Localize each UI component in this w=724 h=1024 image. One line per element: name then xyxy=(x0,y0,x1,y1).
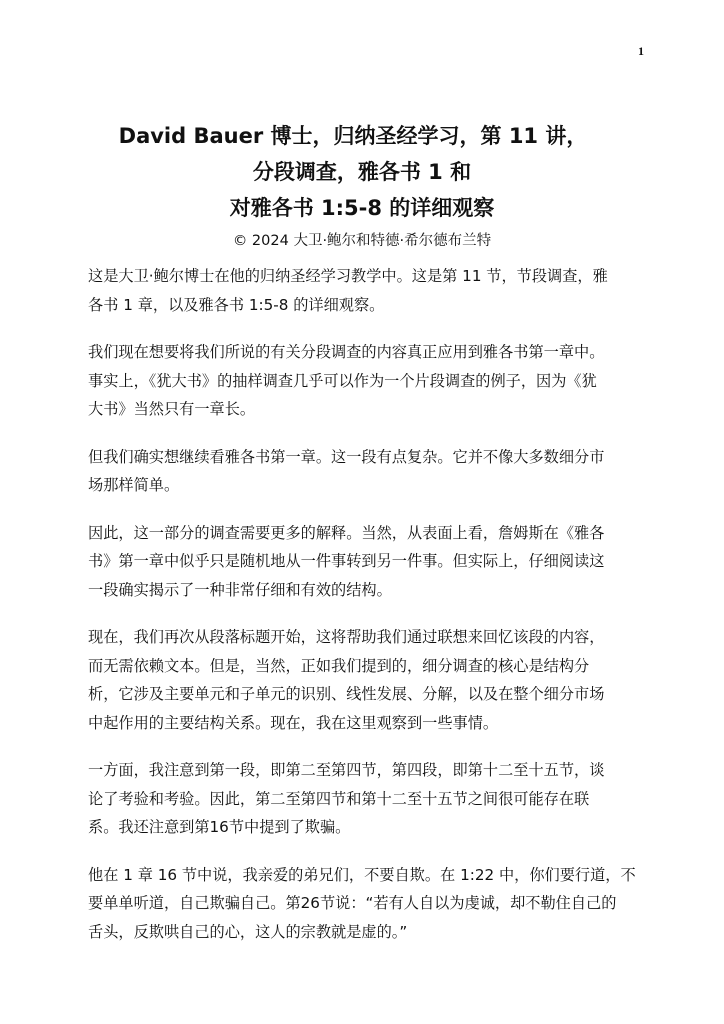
paragraph-3: 但我们确实想继续看雅各书第一章。这一段有点复杂。它并不像大多数细分市 场那样简单… xyxy=(88,443,648,500)
text-line: 舌头，反欺哄自己的心，这人的宗教就是虚的。” xyxy=(88,918,648,947)
text-line: 我们现在想要将我们所说的有关分段调查的内容真正应用到雅各书第一章中。 xyxy=(88,338,648,367)
title-line-1: David Bauer 博士，归纳圣经学习，第 11 讲， xyxy=(0,118,724,154)
text-line: 析，它涉及主要单元和子单元的识别、线性发展、分解，以及在整个细分市场 xyxy=(88,680,648,709)
page-number: 1 xyxy=(638,44,644,59)
text-line: 论了考验和考验。因此，第二至第四节和第十二至十五节之间很可能存在联 xyxy=(88,785,648,814)
paragraph-7: 他在 1 章 16 节中说，我亲爱的弟兄们，不要自欺。在 1:22 中，你们要行… xyxy=(88,861,648,947)
paragraph-2: 我们现在想要将我们所说的有关分段调查的内容真正应用到雅各书第一章中。 事实上，《… xyxy=(88,338,648,424)
text-line: 书》第一章中似乎只是随机地从一件事转到另一件事。但实际上，仔细阅读这 xyxy=(88,547,648,576)
text-line: 系。我还注意到第16节中提到了欺骗。 xyxy=(88,813,648,842)
text-line: 他在 1 章 16 节中说，我亲爱的弟兄们，不要自欺。在 1:22 中，你们要行… xyxy=(88,861,648,890)
text-line: 但我们确实想继续看雅各书第一章。这一段有点复杂。它并不像大多数细分市 xyxy=(88,443,648,472)
title-line-3: 对雅各书 1:5-8 的详细观察 xyxy=(0,190,724,226)
title-line-2: 分段调查，雅各书 1 和 xyxy=(0,154,724,190)
text-line: 现在，我们再次从段落标题开始，这将帮助我们通过联想来回忆该段的内容， xyxy=(88,623,648,652)
title-block: David Bauer 博士，归纳圣经学习，第 11 讲， 分段调查，雅各书 1… xyxy=(0,118,724,254)
text-line: 一方面，我注意到第一段，即第二至第四节，第四段，即第十二至十五节，谈 xyxy=(88,756,648,785)
paragraph-6: 一方面，我注意到第一段，即第二至第四节，第四段，即第十二至十五节，谈 论了考验和… xyxy=(88,756,648,842)
paragraph-5: 现在，我们再次从段落标题开始，这将帮助我们通过联想来回忆该段的内容， 而无需依赖… xyxy=(88,623,648,737)
text-line: 因此，这一部分的调查需要更多的解释。当然，从表面上看，詹姆斯在《雅各 xyxy=(88,519,648,548)
text-line: 要单单听道，自己欺骗自己。第26节说：“若有人自以为虔诚，却不勒住自己的 xyxy=(88,889,648,918)
body-text: 这是大卫·鲍尔博士在他的归纳圣经学习教学中。这是第 11 节，节段调查，雅 各书… xyxy=(88,262,648,965)
text-line: 各书 1 章，以及雅各书 1:5-8 的详细观察。 xyxy=(88,291,648,320)
paragraph-1: 这是大卫·鲍尔博士在他的归纳圣经学习教学中。这是第 11 节，节段调查，雅 各书… xyxy=(88,262,648,319)
text-line: 事实上，《犹大书》的抽样调查几乎可以作为一个片段调查的例子，因为《犹 xyxy=(88,367,648,396)
copyright-line: © 2024 大卫·鲍尔和特德·希尔德布兰特 xyxy=(0,228,724,254)
text-line: 大书》当然只有一章长。 xyxy=(88,395,648,424)
text-line: 中起作用的主要结构关系。现在，我在这里观察到一些事情。 xyxy=(88,709,648,738)
text-line: 这是大卫·鲍尔博士在他的归纳圣经学习教学中。这是第 11 节，节段调查，雅 xyxy=(88,262,648,291)
text-line: 一段确实揭示了一种非常仔细和有效的结构。 xyxy=(88,576,648,605)
text-line: 场那样简单。 xyxy=(88,471,648,500)
paragraph-4: 因此，这一部分的调查需要更多的解释。当然，从表面上看，詹姆斯在《雅各 书》第一章… xyxy=(88,519,648,605)
text-line: 而无需依赖文本。但是，当然，正如我们提到的，细分调查的核心是结构分 xyxy=(88,652,648,681)
